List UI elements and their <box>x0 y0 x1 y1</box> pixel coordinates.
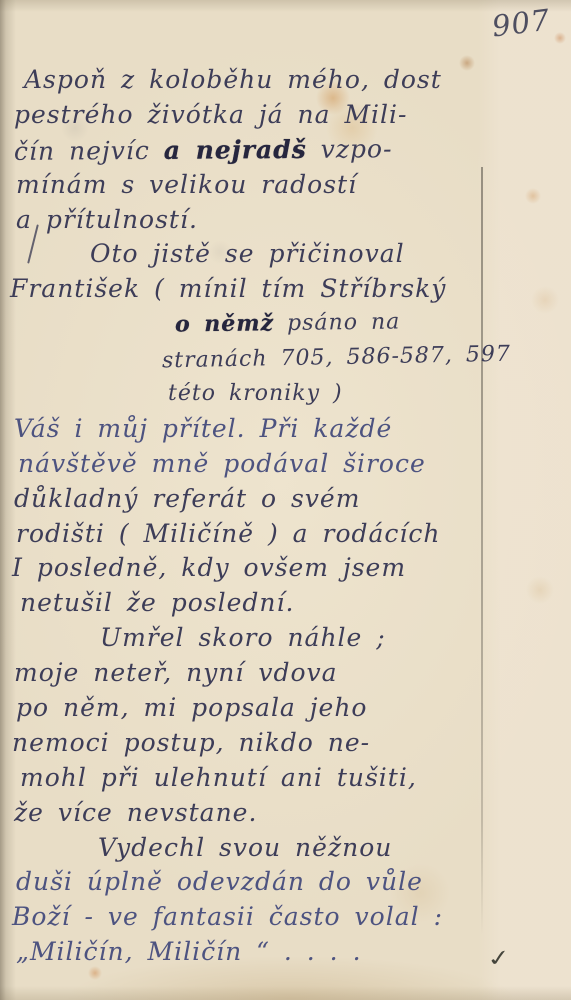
text-segment: stranách 705, 586-587, 597 <box>162 342 511 374</box>
handwritten-line: rodišti ( Miličíně ) a rodácích <box>10 517 562 552</box>
text-segment: Boží - ve fantasii často volal : <box>12 902 443 931</box>
handwritten-line: čín nejvíc a nejradš vzpo- <box>10 131 562 170</box>
handwritten-line: důkladný referát o svém <box>10 482 562 517</box>
text-segment: mínám s velikou radostí <box>16 170 357 199</box>
text-segment: čín nejvíc <box>14 136 164 166</box>
handwritten-line: netušil že poslední. <box>10 586 562 621</box>
text-segment: Vydechl svou něžnou <box>98 833 392 862</box>
handwritten-line: této kroniky ) <box>10 377 562 412</box>
text-segment: návštěvě mně podával široce <box>18 449 426 478</box>
text-segment: netušil že poslední. <box>20 588 294 617</box>
handwritten-text: Aspoň z koloběhu mého, dostpestrého živó… <box>10 63 562 970</box>
text-segment: „Miličín, Miličín “ . . . . <box>16 937 362 966</box>
text-segment: důkladný referát o svém <box>14 484 360 513</box>
handwritten-line: Boží - ve fantasii často volal : <box>10 900 562 935</box>
text-segment: Oto jistě se přičinoval <box>90 239 405 268</box>
handwritten-line: po něm, mi popsala jeho <box>10 691 562 726</box>
handwritten-line: I posledně, kdy ovšem jsem <box>10 551 562 586</box>
text-segment: a přítulností. <box>16 205 198 234</box>
text-segment: František ( mínil tím Stříbrský <box>10 274 446 303</box>
text-segment: nemoci postup, nikdo ne- <box>12 728 370 757</box>
text-segment: této kroniky ) <box>168 381 343 406</box>
handwritten-line: pestrého živótka já na Mili- <box>10 98 562 133</box>
text-segment: Aspoň z koloběhu mého, dost <box>24 65 442 94</box>
handwritten-line: návštěvě mně podával široce <box>10 447 562 482</box>
handwritten-line: František ( mínil tím Stříbrský <box>10 272 562 307</box>
text-segment: psáno na <box>274 310 401 337</box>
handwritten-line: mohl při ulehnutí ani tušiti, <box>10 761 562 796</box>
page-number: 907 <box>490 3 552 44</box>
text-segment: Umřel skoro náhle ; <box>100 623 386 652</box>
text-segment: vzpo- <box>307 134 393 164</box>
handwritten-line: Umřel skoro náhle ; <box>10 621 562 656</box>
text-segment: mohl při ulehnutí ani tušiti, <box>20 763 417 792</box>
emphasized-text: o němž <box>175 310 274 337</box>
text-segment: Váš i můj přítel. Při každé <box>14 414 392 443</box>
text-segment: duši úplně odevzdán do vůle <box>16 867 423 896</box>
handwritten-line: že více nevstane. <box>10 796 562 831</box>
handwritten-line: Oto jistě se přičinoval <box>10 237 562 272</box>
text-segment: pestrého živótka já na Mili- <box>14 100 408 129</box>
text-segment: že více nevstane. <box>14 798 257 827</box>
handwritten-line: mínám s velikou radostí <box>10 168 562 203</box>
handwritten-line: Aspoň z koloběhu mého, dost <box>10 63 562 98</box>
text-segment: po něm, mi popsala jeho <box>16 693 367 722</box>
text-segment: rodišti ( Miličíně ) a rodácích <box>16 519 441 548</box>
handwritten-line: Vydechl svou něžnou <box>10 831 562 866</box>
manuscript-page: 907 Aspoň z koloběhu mého, dostpestrého … <box>0 0 571 1000</box>
handwritten-line: Váš i můj přítel. Při každé <box>10 412 562 447</box>
text-segment: moje neteř, nyní vdova <box>14 658 338 687</box>
handwritten-line: a přítulností. <box>10 203 562 238</box>
emphasized-text: a nejradš <box>164 135 307 165</box>
check-mark: ✓ <box>485 944 513 972</box>
handwritten-line: „Miličín, Miličín “ . . . . <box>10 935 562 970</box>
text-segment: I posledně, kdy ovšem jsem <box>12 553 406 582</box>
handwritten-line: duši úplně odevzdán do vůle <box>10 865 562 900</box>
handwritten-line: nemoci postup, nikdo ne- <box>10 726 562 761</box>
handwritten-line: moje neteř, nyní vdova <box>10 656 562 691</box>
